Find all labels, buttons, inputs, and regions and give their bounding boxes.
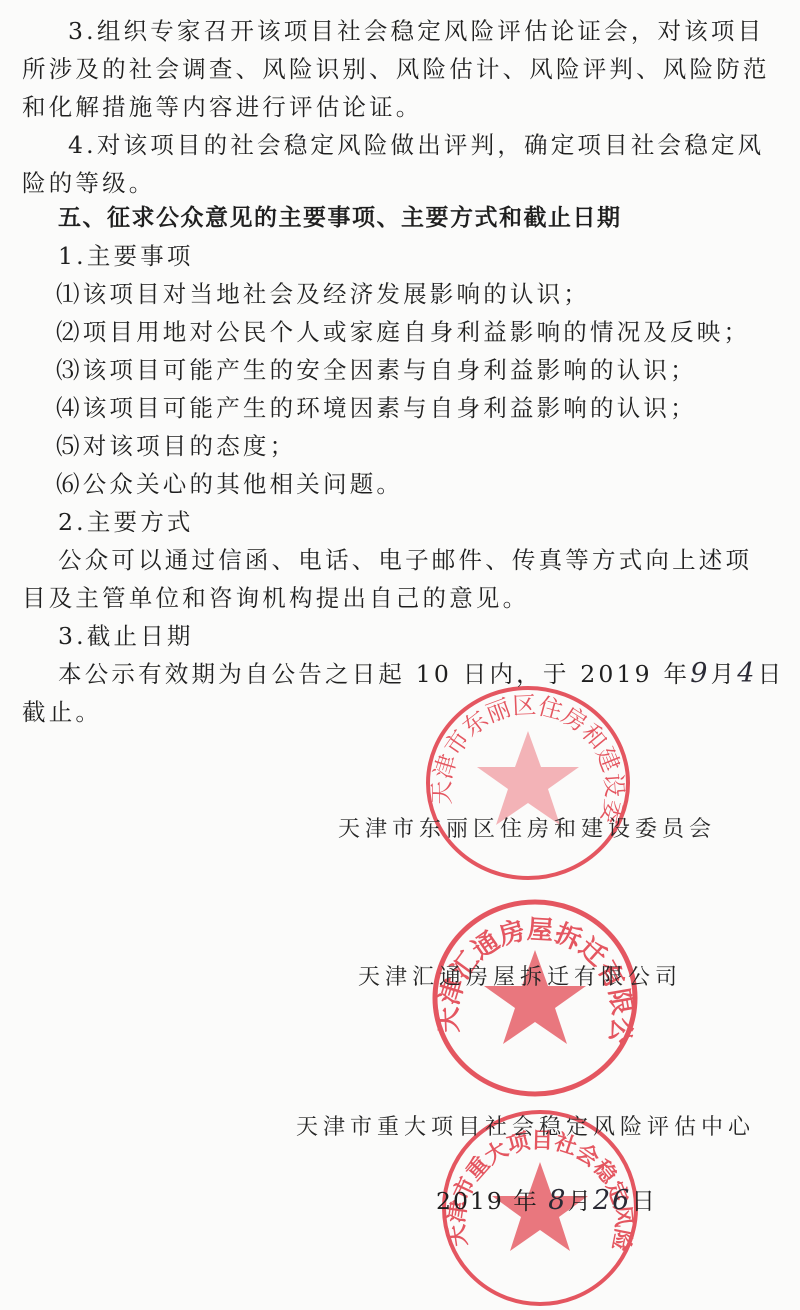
matter-item-4: ⑷该项目可能产生的环境因素与自身利益影响的认识；	[56, 389, 697, 423]
deadline-month-unit: 月	[711, 660, 738, 688]
date-year: 2019 年	[436, 1187, 539, 1215]
deadline-text: 本公示有效期为自公告之日起 10 日内，于 2019 年	[58, 660, 690, 688]
matter-item-1: ⑴该项目对当地社会及经济发展影响的认识；	[56, 275, 590, 309]
date-day-handwritten: 26	[593, 1185, 631, 1216]
matter-item-6: ⑹公众关心的其他相关问题。	[56, 465, 403, 499]
item3-line1: 3.组织专家召开该项目社会稳定风险评估论证会，对该项目	[68, 12, 764, 46]
stamp-huitong-relocation: 天津汇通房屋拆迁有限公司	[430, 898, 640, 1098]
item4-line1: 4.对该项目的社会稳定风险做出评判，确定项目社会稳定风	[68, 126, 764, 160]
item4-line2: 险的等级。	[22, 164, 156, 198]
stamp-dongli-housing-committee: 天津市东丽区住房和建设委员会	[423, 683, 633, 883]
signature-date: 2019 年 8月26日	[436, 1182, 657, 1216]
signature-org-3: 天津市重大项目社会稳定风险评估中心	[296, 1110, 755, 1141]
matter-item-2: ⑵项目用地对公民个人或家庭自身利益影响的情况及反映；	[56, 313, 750, 347]
deadline-title: 3.截止日期	[58, 617, 194, 651]
methods-line1: 公众可以通过信函、电话、电子邮件、传真等方式向上述项	[58, 541, 752, 575]
methods-line2: 目及主管单位和咨询机构提出自己的意见。	[22, 579, 529, 613]
deadline-line2: 截止。	[22, 693, 102, 727]
date-month-unit: 月	[567, 1187, 593, 1215]
date-month-handwritten: 8	[548, 1185, 567, 1216]
star-icon	[477, 731, 579, 825]
deadline-day-handwritten: 4	[737, 658, 757, 689]
deadline-month-handwritten: 9	[690, 658, 710, 689]
deadline-day-unit: 日	[758, 660, 785, 688]
item3-line3: 和化解措施等内容进行评估论证。	[22, 88, 423, 122]
signature-org-2: 天津汇通房屋拆迁有限公司	[358, 960, 682, 991]
methods-title: 2.主要方式	[58, 503, 194, 537]
matter-item-5: ⑸对该项目的态度；	[56, 427, 296, 461]
matters-title: 1.主要事项	[58, 237, 194, 271]
signature-org-1: 天津市东丽区住房和建设委员会	[338, 812, 716, 843]
date-day-unit: 日	[631, 1187, 657, 1215]
section5-heading: 五、征求公众意见的主要事项、主要方式和截止日期	[58, 199, 622, 232]
deadline-line1: 本公示有效期为自公告之日起 10 日内，于 2019 年9月4日	[58, 655, 784, 689]
matter-item-3: ⑶该项目可能产生的安全因素与自身利益影响的认识；	[56, 351, 697, 385]
item3-line2: 所涉及的社会调查、风险识别、风险估计、风险评判、风险防范	[22, 50, 770, 84]
